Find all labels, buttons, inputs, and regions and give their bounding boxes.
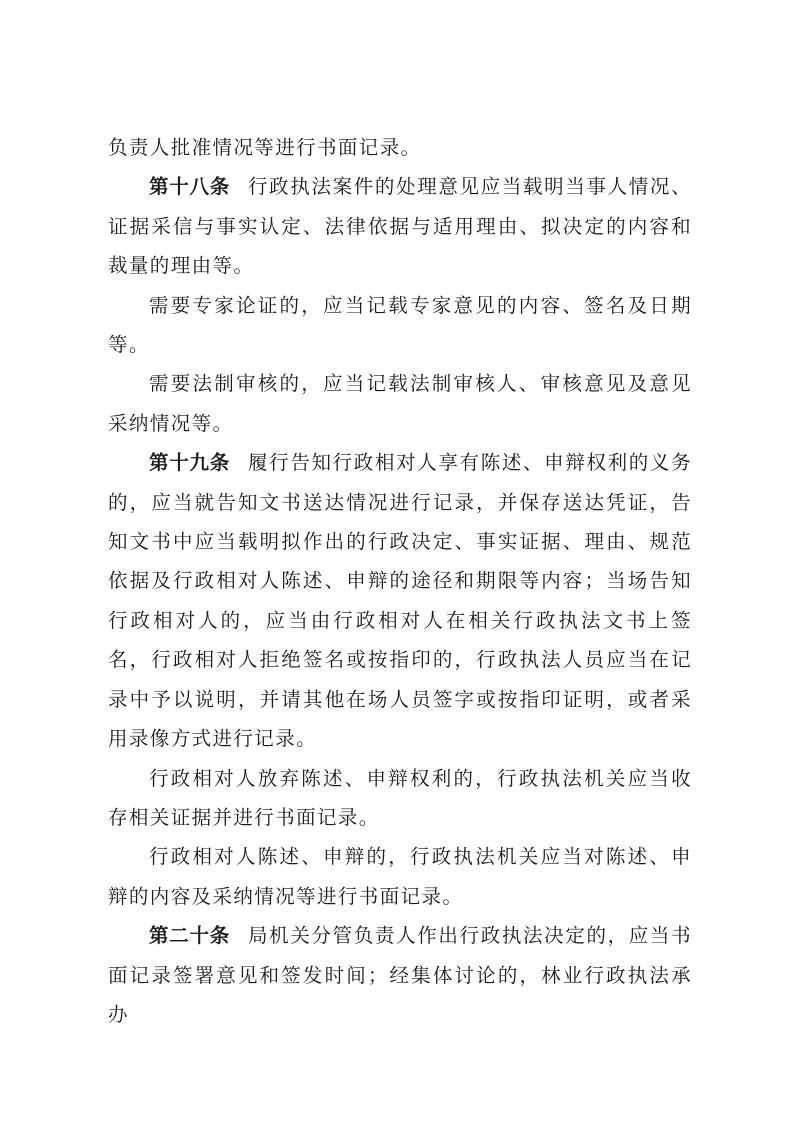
paragraph-text: 行政相对人陈述、申辩的，行政执法机关应当对陈述、申辩的内容及采纳情况等进行书面记… [108, 845, 692, 907]
paragraph-legal-review: 需要法制审核的，应当记载法制审核人、审核意见及意见采纳情况等。 [108, 364, 692, 443]
article-18: 第十八条行政执法案件的处理意见应当载明当事人情况、证据采信与事实认定、法律依据与… [108, 167, 692, 285]
paragraph-expert-review: 需要专家论证的，应当记载专家意见的内容、签名及日期等。 [108, 286, 692, 365]
paragraph-text: 行政相对人放弃陈述、申辩权利的，行政执法机关应当收存相关证据并进行书面记录。 [108, 767, 692, 829]
paragraph-waive-rights: 行政相对人放弃陈述、申辩权利的，行政执法机关应当收存相关证据并进行书面记录。 [108, 759, 692, 838]
paragraph-text: 需要法制审核的，应当记载法制审核人、审核意见及意见采纳情况等。 [108, 372, 692, 434]
paragraph-continuation: 负责人批准情况等进行书面记录。 [108, 128, 692, 167]
article-20: 第二十条局机关分管负责人作出行政执法决定的，应当书面记录签署意见和签发时间；经集… [108, 916, 692, 1034]
paragraph-text: 履行告知行政相对人享有陈述、申辩权利的义务的，应当就告知文书送达情况进行记录，并… [108, 451, 692, 750]
document-page: 负责人批准情况等进行书面记录。 第十八条行政执法案件的处理意见应当载明当事人情况… [108, 128, 692, 1034]
article-number: 第二十条 [149, 924, 230, 947]
paragraph-statement-defense: 行政相对人陈述、申辩的，行政执法机关应当对陈述、申辩的内容及采纳情况等进行书面记… [108, 837, 692, 916]
article-number: 第十九条 [149, 451, 230, 474]
article-number: 第十八条 [149, 175, 230, 198]
paragraph-text: 需要专家论证的，应当记载专家意见的内容、签名及日期等。 [108, 294, 692, 356]
article-19: 第十九条履行告知行政相对人享有陈述、申辩权利的义务的，应当就告知文书送达情况进行… [108, 443, 692, 758]
paragraph-text: 负责人批准情况等进行书面记录。 [108, 136, 422, 159]
